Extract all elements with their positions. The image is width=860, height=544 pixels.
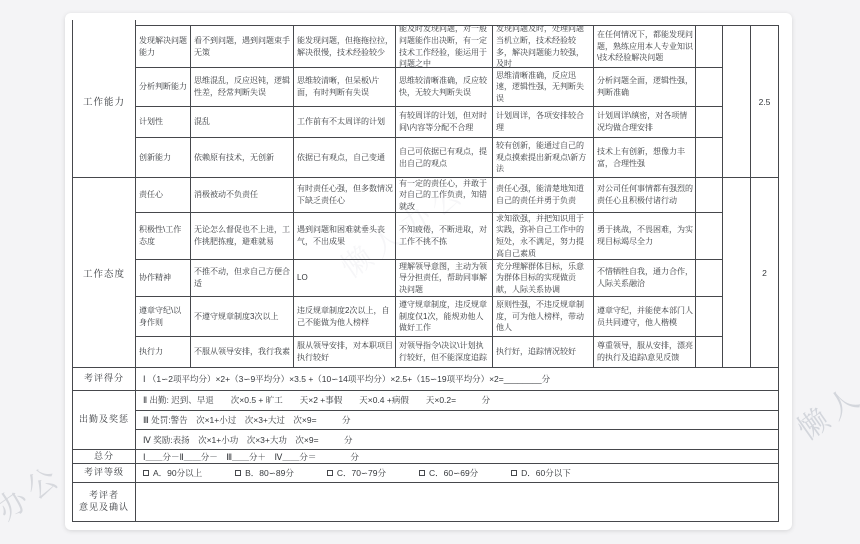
- grade-option-label: C．60∽69分: [429, 467, 478, 479]
- score-entry-cell: [696, 178, 723, 213]
- attendance-line: Ⅳ 奖励:表扬 次×1+小功 次×3+大功 次×9= 分: [136, 430, 778, 449]
- score-entry-cell: [696, 260, 723, 297]
- section-weight-score: 2.5: [751, 25, 779, 178]
- criteria-item-label: 发现解决问题能力: [136, 25, 191, 68]
- level-4-description: 计划周详，各项安排较合理: [493, 107, 594, 138]
- grade-option-label: A．90分以上: [153, 467, 202, 479]
- level-3-description: 能及时发现问题，对一般问题能作出决断，有一定技术工作经验，能运用于问题之中: [396, 25, 493, 68]
- attendance-line: Ⅲ 处罚:警告 次×1+小过 次×3+大过 次×9= 分: [136, 411, 778, 431]
- grade-option-label: C．70∽79分: [337, 467, 386, 479]
- level-2-description: 有时责任心强，但多数情况下缺乏责任心: [294, 178, 396, 213]
- reviewer-comment-area: [136, 483, 779, 522]
- section-工作态度: 工作态度责任心消极被动不负责任有时责任心强，但多数情况下缺乏责任心有一定的责任心…: [72, 178, 779, 368]
- reviewer-row: 考评者 意见及确认: [72, 483, 779, 522]
- level-3-description: 不知疲倦，不断进取，对工作不挑不拣: [396, 213, 493, 260]
- grade-row: 考评等级 A．90分以上B．80∽89分C．70∽79分C．60∽69分D．60…: [72, 464, 779, 483]
- score-entry-cell: [696, 337, 723, 368]
- level-4-description: 责任心强，能清楚地知道自己的责任并勇于负责: [493, 178, 594, 213]
- level-1-description: 不服从领导安排，我行我素: [191, 337, 294, 368]
- level-4-description: 思维清晰准确，反应迅速，逻辑性强，无判断失误: [493, 68, 594, 107]
- level-5-description: 尊重领导，服从安排，漂亮的执行及追踪\意见反馈: [594, 337, 696, 368]
- level-5-description: 计划周详\缜密，对各项情况均做合理安排: [594, 107, 696, 138]
- level-3-description: 遵守规章制度，违反规章制度仅1次，能规劝他人做好工作: [396, 297, 493, 337]
- table-footer: 考评得分 Ⅰ （1∽2项平均分）×2+（3∽9平均分）×3.5 +（10∽14项…: [72, 368, 779, 522]
- grade-option: C．60∽69分: [419, 467, 478, 479]
- criteria-item-label: 责任心: [136, 178, 191, 213]
- criteria-item-label: 计划性: [136, 107, 191, 138]
- score-entry-cell: [696, 138, 723, 178]
- criteria-item-label: 分析判断能力: [136, 68, 191, 107]
- criteria-item-label: 积极性\工作态度: [136, 213, 191, 260]
- attendance-lines: Ⅱ 出勤: 迟到、早退 次×0.5 + 旷工 天×2 +事假 天×0.4 +病假…: [136, 391, 779, 450]
- grade-option-label: D．60分以下: [521, 467, 571, 479]
- section-blank-cell: [723, 25, 751, 178]
- section-weight-score: 2: [751, 178, 779, 368]
- grade-options: A．90分以上B．80∽89分C．70∽79分C．60∽69分D．60分以下: [136, 464, 779, 483]
- section-rows: 发现解决问题能力看不到问题，遇到问题束手无策能发现问题，但拖拖拉拉，解决很慢，技…: [136, 25, 723, 178]
- level-1-description: 无论怎么督促也不上进，工作挑肥拣瘦，避难就易: [191, 213, 294, 260]
- score-entry-cell: [696, 297, 723, 337]
- category-label: 工作能力: [73, 25, 136, 178]
- level-4-description: 较有创新，能通过自己的观点摸索提出新观点\新方法: [493, 138, 594, 178]
- criteria-item-label: 创新能力: [136, 138, 191, 178]
- level-2-description: LO: [294, 260, 396, 297]
- level-3-description: 对领导指令\决议\计划执行较好，但不能深度追踪: [396, 337, 493, 368]
- grade-option: A．90分以上: [143, 467, 202, 479]
- level-2-description: 能发现问题，但拖拖拉拉，解决很慢，技术经验较少: [294, 25, 396, 68]
- grade-option: C．70∽79分: [327, 467, 386, 479]
- criteria-row: 积极性\工作态度无论怎么督促也不上进，工作挑肥拣瘦，避难就易遇到问题和困难就垂头…: [136, 213, 723, 260]
- criteria-row: 分析判断能力思维混乱，反应迟钝，逻辑性差，经常判断失误思维较清晰，但呆板\片面，…: [136, 68, 723, 107]
- section-工作能力: 工作能力发现解决问题能力看不到问题，遇到问题束手无策能发现问题，但拖拖拉拉，解决…: [72, 25, 779, 178]
- score-entry-cell: [696, 68, 723, 107]
- row-label-line: 考评者: [89, 490, 119, 502]
- row-label: 出勤及奖惩: [73, 391, 136, 450]
- checkbox-icon: [235, 470, 241, 476]
- row-label: 总分: [73, 450, 136, 464]
- level-5-description: 不惜牺牲自我，通力合作，人际关系融洽: [594, 260, 696, 297]
- criteria-item-label: 遵章守纪\以身作则: [136, 297, 191, 337]
- table-top-stub: [72, 20, 136, 25]
- level-5-description: 在任何情况下，都能发现问题，熟练应用本人专业知识\技术经验解决问题: [594, 25, 696, 68]
- category-label: 工作态度: [73, 178, 136, 368]
- level-1-description: 消极被动不负责任: [191, 178, 294, 213]
- level-5-description: 技术上有创新，想像力丰富，合理性强: [594, 138, 696, 178]
- grade-option-label: B．80∽89分: [245, 467, 294, 479]
- level-5-description: 勇于挑战，不畏困难，为实现目标竭尽全力: [594, 213, 696, 260]
- score-formula-row: 考评得分 Ⅰ （1∽2项平均分）×2+（3∽9平均分）×3.5 +（10∽14项…: [72, 368, 779, 391]
- row-label-line: 意见及确认: [79, 502, 129, 514]
- criteria-row: 责任心消极被动不负责任有时责任心强，但多数情况下缺乏责任心有一定的责任心，并敢于…: [136, 178, 723, 213]
- level-1-description: 依赖原有技术，无创新: [191, 138, 294, 178]
- section-blank-cell: [723, 178, 751, 368]
- watermark-right-edge: 懒人: [787, 371, 860, 448]
- row-label: 考评者 意见及确认: [73, 483, 136, 522]
- level-2-description: 依据已有观点，自己变通: [294, 138, 396, 178]
- criteria-row: 创新能力依赖原有技术，无创新依据已有观点，自己变通自己可依据已有观点，提出自己的…: [136, 138, 723, 178]
- criteria-item-label: 协作精神: [136, 260, 191, 297]
- criteria-row: 计划性混乱工作前有不太周详的计划有较周详的计划，但对时间\内容等分配不合理计划周…: [136, 107, 723, 138]
- level-3-description: 自己可依据已有观点，提出自己的观点: [396, 138, 493, 178]
- criteria-row: 遵章守纪\以身作则不遵守规章制度3次以上违反规章制度2次以上，自己不能做为他人榜…: [136, 297, 723, 337]
- row-label: 考评等级: [73, 464, 136, 483]
- level-5-description: 分析问题全面，逻辑性强，判断准确: [594, 68, 696, 107]
- score-formula: Ⅰ （1∽2项平均分）×2+（3∽9平均分）×3.5 +（10∽14项平均分）×…: [136, 368, 779, 391]
- criteria-row: 执行力不服从领导安排，我行我素服从领导安排，对本职项目执行较好对领导指令\决议\…: [136, 337, 723, 368]
- total-formula: Ⅰ＿＿分－Ⅱ＿＿分－ Ⅲ＿＿分＋ Ⅳ＿＿分＝ 分: [136, 450, 779, 464]
- level-2-description: 思维较清晰，但呆板\片面，有时判断有失误: [294, 68, 396, 107]
- criteria-row: 发现解决问题能力看不到问题，遇到问题束手无策能发现问题，但拖拖拉拉，解决很慢，技…: [136, 25, 723, 68]
- document-page: 工作能力发现解决问题能力看不到问题，遇到问题束手无策能发现问题，但拖拖拉拉，解决…: [65, 13, 792, 530]
- grade-option: D．60分以下: [511, 467, 571, 479]
- row-label: 考评得分: [73, 368, 136, 391]
- level-3-description: 有较周详的计划，但对时间\内容等分配不合理: [396, 107, 493, 138]
- level-1-description: 看不到问题，遇到问题束手无策: [191, 25, 294, 68]
- criteria-row: 协作精神不推不动，但求自己方便合适LO理解领导意图，主动为领导分担责任，帮助同事…: [136, 260, 723, 297]
- level-3-description: 理解领导意图，主动为领导分担责任，帮助同事解决问题: [396, 260, 493, 297]
- level-1-description: 不推不动，但求自己方便合适: [191, 260, 294, 297]
- checkbox-icon: [143, 470, 149, 476]
- level-4-description: 充分理解群体目标，乐意为群体目标的实现做贡献，人际关系协调: [493, 260, 594, 297]
- level-1-description: 思维混乱，反应迟钝，逻辑性差，经常判断失误: [191, 68, 294, 107]
- level-4-description: 发现问题及时，处理问题当机立断，技术经验较多，解决问题能力较强，及时: [493, 25, 594, 68]
- criteria-item-label: 执行力: [136, 337, 191, 368]
- level-3-description: 思维较清晰准确，反应较快，无较大判断失误: [396, 68, 493, 107]
- level-4-description: 执行好，追踪情况较好: [493, 337, 594, 368]
- level-5-description: 遵章守纪，并能使本部门人员共同遵守，他人楷模: [594, 297, 696, 337]
- section-rows: 责任心消极被动不负责任有时责任心强，但多数情况下缺乏责任心有一定的责任心，并敢于…: [136, 178, 723, 368]
- level-2-description: 工作前有不太周详的计划: [294, 107, 396, 138]
- total-row: 总分 Ⅰ＿＿分－Ⅱ＿＿分－ Ⅲ＿＿分＋ Ⅳ＿＿分＝ 分: [72, 450, 779, 464]
- level-4-description: 求知欲强，并把知识用于实践，弥补自己工作中的短处，永不满足，努力提高自己素质: [493, 213, 594, 260]
- checkbox-icon: [327, 470, 333, 476]
- level-2-description: 违反规章制度2次以上，自己不能做为他人榜样: [294, 297, 396, 337]
- level-2-description: 服从领导安排，对本职项目执行较好: [294, 337, 396, 368]
- evaluation-table: 工作能力发现解决问题能力看不到问题，遇到问题束手无策能发现问题，但拖拖拉拉，解决…: [72, 25, 779, 522]
- watermark-bottom-left: 办公: [0, 451, 70, 528]
- level-2-description: 遇到问题和困难就垂头丧气，不出成果: [294, 213, 396, 260]
- checkbox-icon: [419, 470, 425, 476]
- level-1-description: 混乱: [191, 107, 294, 138]
- checkbox-icon: [511, 470, 517, 476]
- level-4-description: 原则性强，不违反规章制度，可为他人榜样，带动他人: [493, 297, 594, 337]
- attendance-row: 出勤及奖惩 Ⅱ 出勤: 迟到、早退 次×0.5 + 旷工 天×2 +事假 天×0…: [72, 391, 779, 450]
- rating-sections: 工作能力发现解决问题能力看不到问题，遇到问题束手无策能发现问题，但拖拖拉拉，解决…: [72, 25, 779, 368]
- level-3-description: 有一定的责任心，并敢于对自己的工作负责，知错就改: [396, 178, 493, 213]
- score-entry-cell: [696, 25, 723, 68]
- score-entry-cell: [696, 213, 723, 260]
- attendance-line: Ⅱ 出勤: 迟到、早退 次×0.5 + 旷工 天×2 +事假 天×0.4 +病假…: [136, 391, 778, 411]
- level-1-description: 不遵守规章制度3次以上: [191, 297, 294, 337]
- level-5-description: 对公司任何事情都有强烈的责任心且积极付诸行动: [594, 178, 696, 213]
- score-entry-cell: [696, 107, 723, 138]
- grade-option: B．80∽89分: [235, 467, 294, 479]
